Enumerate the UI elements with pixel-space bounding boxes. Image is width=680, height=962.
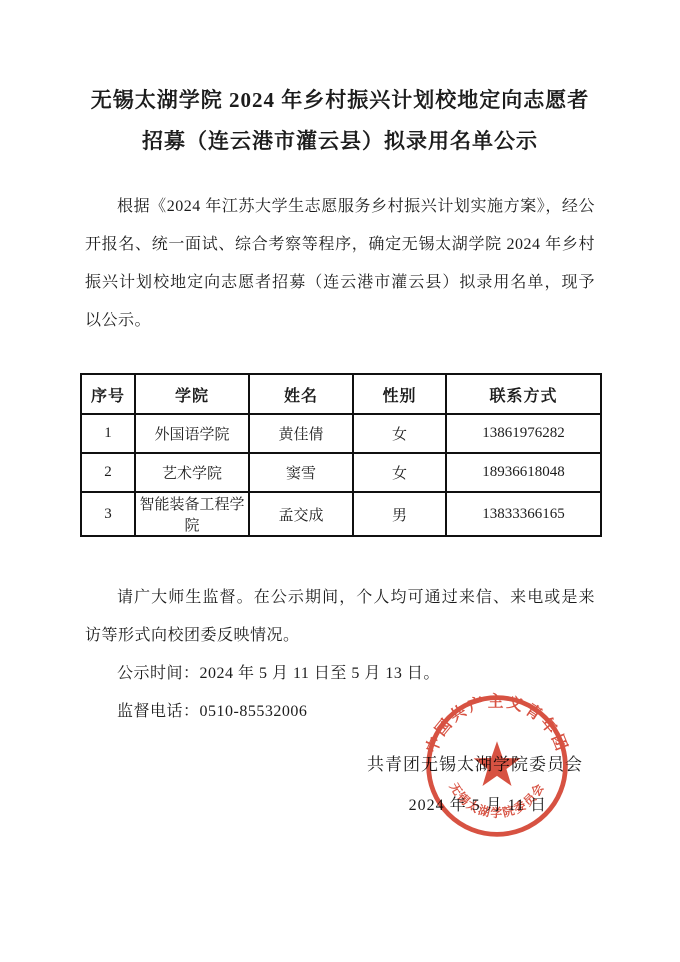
cell-name: 黄佳倩 [249,414,353,453]
cell-contact: 13861976282 [446,414,601,453]
cell-index: 1 [81,414,135,453]
roster-table: 序号 学院 姓名 性别 联系方式 1 外国语学院 黄佳倩 女 138619762… [80,373,602,537]
publicity-period-line: 公示时间：2024 年 5 月 11 日至 5 月 13 日。 [85,655,595,693]
cell-gender: 女 [353,414,446,453]
supervision-phone-line: 监督电话：0510-85532006 [85,693,595,731]
document-title: 无锡太湖学院 2024 年乡村振兴计划校地定向志愿者 招募（连云港市灌云县）拟录… [60,0,620,162]
signature-organization: 共青团无锡太湖学院委员会 [0,753,680,777]
intro-paragraph: 根据《2024 年江苏大学生志愿服务乡村振兴计划实施方案》，经公开报名、统一面试… [85,188,595,340]
col-header-index: 序号 [81,374,135,414]
col-header-gender: 性别 [353,374,446,414]
supervision-paragraph: 请广大师生监督。在公示期间，个人均可通过来信、来电或是来访等形式向校团委反映情况… [85,579,595,655]
cell-college: 外国语学院 [135,414,249,453]
col-header-name: 姓名 [249,374,353,414]
cell-index: 3 [81,492,135,536]
document-page: 无锡太湖学院 2024 年乡村振兴计划校地定向志愿者 招募（连云港市灌云县）拟录… [0,0,680,962]
title-line-1: 无锡太湖学院 2024 年乡村振兴计划校地定向志愿者 [60,80,620,121]
col-header-contact: 联系方式 [446,374,601,414]
table-row: 1 外国语学院 黄佳倩 女 13861976282 [81,414,601,453]
cell-gender: 男 [353,492,446,536]
cell-gender: 女 [353,453,446,492]
cell-college: 艺术学院 [135,453,249,492]
table-row: 3 智能装备工程学院 孟交成 男 13833366165 [81,492,601,536]
title-line-2: 招募（连云港市灌云县）拟录用名单公示 [60,121,620,162]
cell-name: 孟交成 [249,492,353,536]
table-row: 2 艺术学院 窦雪 女 18936618048 [81,453,601,492]
cell-name: 窦雪 [249,453,353,492]
cell-contact: 13833366165 [446,492,601,536]
roster-table-wrap: 序号 学院 姓名 性别 联系方式 1 外国语学院 黄佳倩 女 138619762… [80,373,600,537]
cell-college: 智能装备工程学院 [135,492,249,536]
cell-index: 2 [81,453,135,492]
table-header-row: 序号 学院 姓名 性别 联系方式 [81,374,601,414]
signature-block: 共青团无锡太湖学院委员会 2024 年 5 月 11 日 [0,753,680,818]
signature-date: 2024 年 5 月 11 日 [0,794,680,818]
cell-contact: 18936618048 [446,453,601,492]
col-header-college: 学院 [135,374,249,414]
